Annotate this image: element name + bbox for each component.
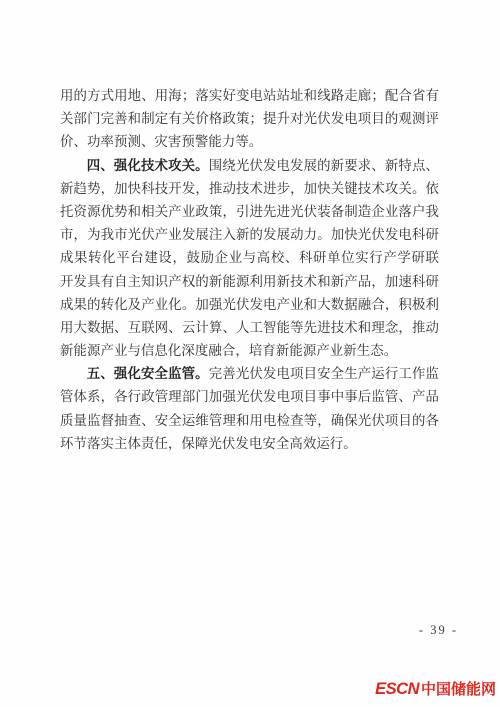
text-line: 用大数据、互联网、云计算、人工智能等先进技术和理念，推动 <box>60 316 439 339</box>
escn-logo-latin-text: ESCN <box>375 680 419 698</box>
line-text: 新趋势，加快科技开发，推动技术进步，加快关键技术攻关。依 <box>60 181 439 196</box>
text-line: 关部门完善和制定有关价格政策；提升对光伏发电项目的观测评 <box>60 107 439 130</box>
text-line: 五、强化安全监管。完善光伏发电项目安全生产运行工作监 <box>60 362 439 385</box>
text-line: 开发具有自主知识产权的新能源利用新技术和新产品，加速科研 <box>60 270 439 293</box>
line-text: 管体系，各行政管理部门加强光伏发电项目事中事后监管、产品 <box>60 389 439 404</box>
line-text: 环节落实主体责任，保障光伏发电安全高效运行。 <box>60 436 357 451</box>
text-line: 成果的转化及产业化。加强光伏发电产业和大数据融合，积极利 <box>60 293 439 316</box>
text-line: 价、功率预测、灾害预警能力等。 <box>60 130 439 153</box>
line-text: 用的方式用地、用海；落实好变电站站址和线路走廊；配合省有 <box>60 88 439 103</box>
document-body: 用的方式用地、用海；落实好变电站站址和线路走廊；配合省有 关部门完善和制定有关价… <box>60 84 439 455</box>
text-line: 用的方式用地、用海；落实好变电站站址和线路走廊；配合省有 <box>60 84 439 107</box>
line-text: 成果转化平台建设，鼓励企业与高校、科研单位实行产学研联合， <box>60 250 439 269</box>
line-text: 成果的转化及产业化。加强光伏发电产业和大数据融合，积极利 <box>60 297 439 312</box>
text-line: 四、强化技术攻关。围绕光伏发电发展的新要求、新特点、 <box>60 154 439 177</box>
text-line: 托资源优势和相关产业政策，引进先进光伏装备制造企业落户我 <box>60 200 439 223</box>
escn-logo-cjk-text: 中国储能网 <box>421 681 496 698</box>
section-heading: 四、强化技术攻关。 <box>87 158 209 173</box>
line-text: 托资源优势和相关产业政策，引进先进光伏装备制造企业落户我 <box>60 204 439 219</box>
line-text: 关部门完善和制定有关价格政策；提升对光伏发电项目的观测评 <box>60 111 439 126</box>
line-text: 开发具有自主知识产权的新能源利用新技术和新产品，加速科研 <box>60 274 439 289</box>
line-text: 质量监督抽查、安全运维管理和用电检查等，确保光伏项目的各 <box>60 413 439 428</box>
page-number: - 39 - <box>419 623 458 638</box>
line-text: 完善光伏发电项目安全生产运行工作监 <box>209 366 439 381</box>
text-line: 市，为我市光伏产业发展注入新的发展动力。加快光伏发电科研 <box>60 223 439 246</box>
section-heading: 五、强化安全监管。 <box>87 366 209 381</box>
line-text: 市，为我市光伏产业发展注入新的发展动力。加快光伏发电科研 <box>60 227 439 242</box>
text-line: 新能源产业与信息化深度融合，培育新能源产业新生态。 <box>60 339 439 362</box>
line-text: 围绕光伏发电发展的新要求、新特点、 <box>209 158 439 173</box>
text-line: 质量监督抽查、安全运维管理和用电检查等，确保光伏项目的各 <box>60 409 439 432</box>
escn-logo: ESCN中国储能网 <box>375 681 496 698</box>
document-page: 用的方式用地、用海；落实好变电站站址和线路走廊；配合省有 关部门完善和制定有关价… <box>0 0 500 707</box>
text-line: 新趋势，加快科技开发，推动技术进步，加快关键技术攻关。依 <box>60 177 439 200</box>
text-line: 成果转化平台建设，鼓励企业与高校、科研单位实行产学研联合， <box>60 246 439 269</box>
line-text: 用大数据、互联网、云计算、人工智能等先进技术和理念，推动 <box>60 320 439 335</box>
text-line: 管体系，各行政管理部门加强光伏发电项目事中事后监管、产品 <box>60 385 439 408</box>
text-line: 环节落实主体责任，保障光伏发电安全高效运行。 <box>60 432 439 455</box>
line-text: 价、功率预测、灾害预警能力等。 <box>60 134 262 149</box>
line-text: 新能源产业与信息化深度融合，培育新能源产业新生态。 <box>60 343 397 358</box>
